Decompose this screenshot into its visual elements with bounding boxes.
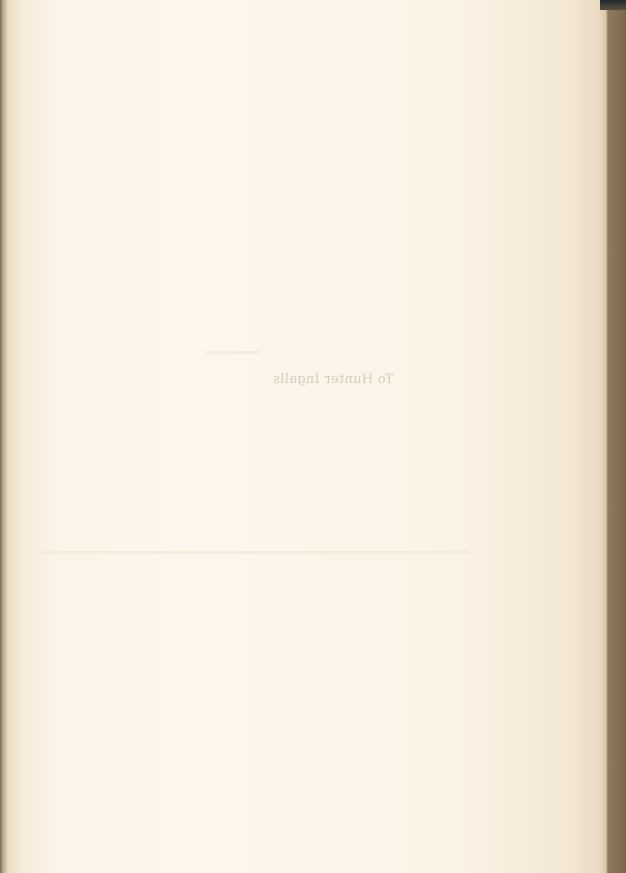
bleed-through-dedication: To Hunter Ingalls [273, 372, 394, 387]
bleed-through-mark [205, 351, 260, 354]
book-page: To Hunter Ingalls [0, 0, 626, 873]
bleed-through-line [40, 551, 470, 554]
page-edge-shadow [600, 0, 626, 10]
